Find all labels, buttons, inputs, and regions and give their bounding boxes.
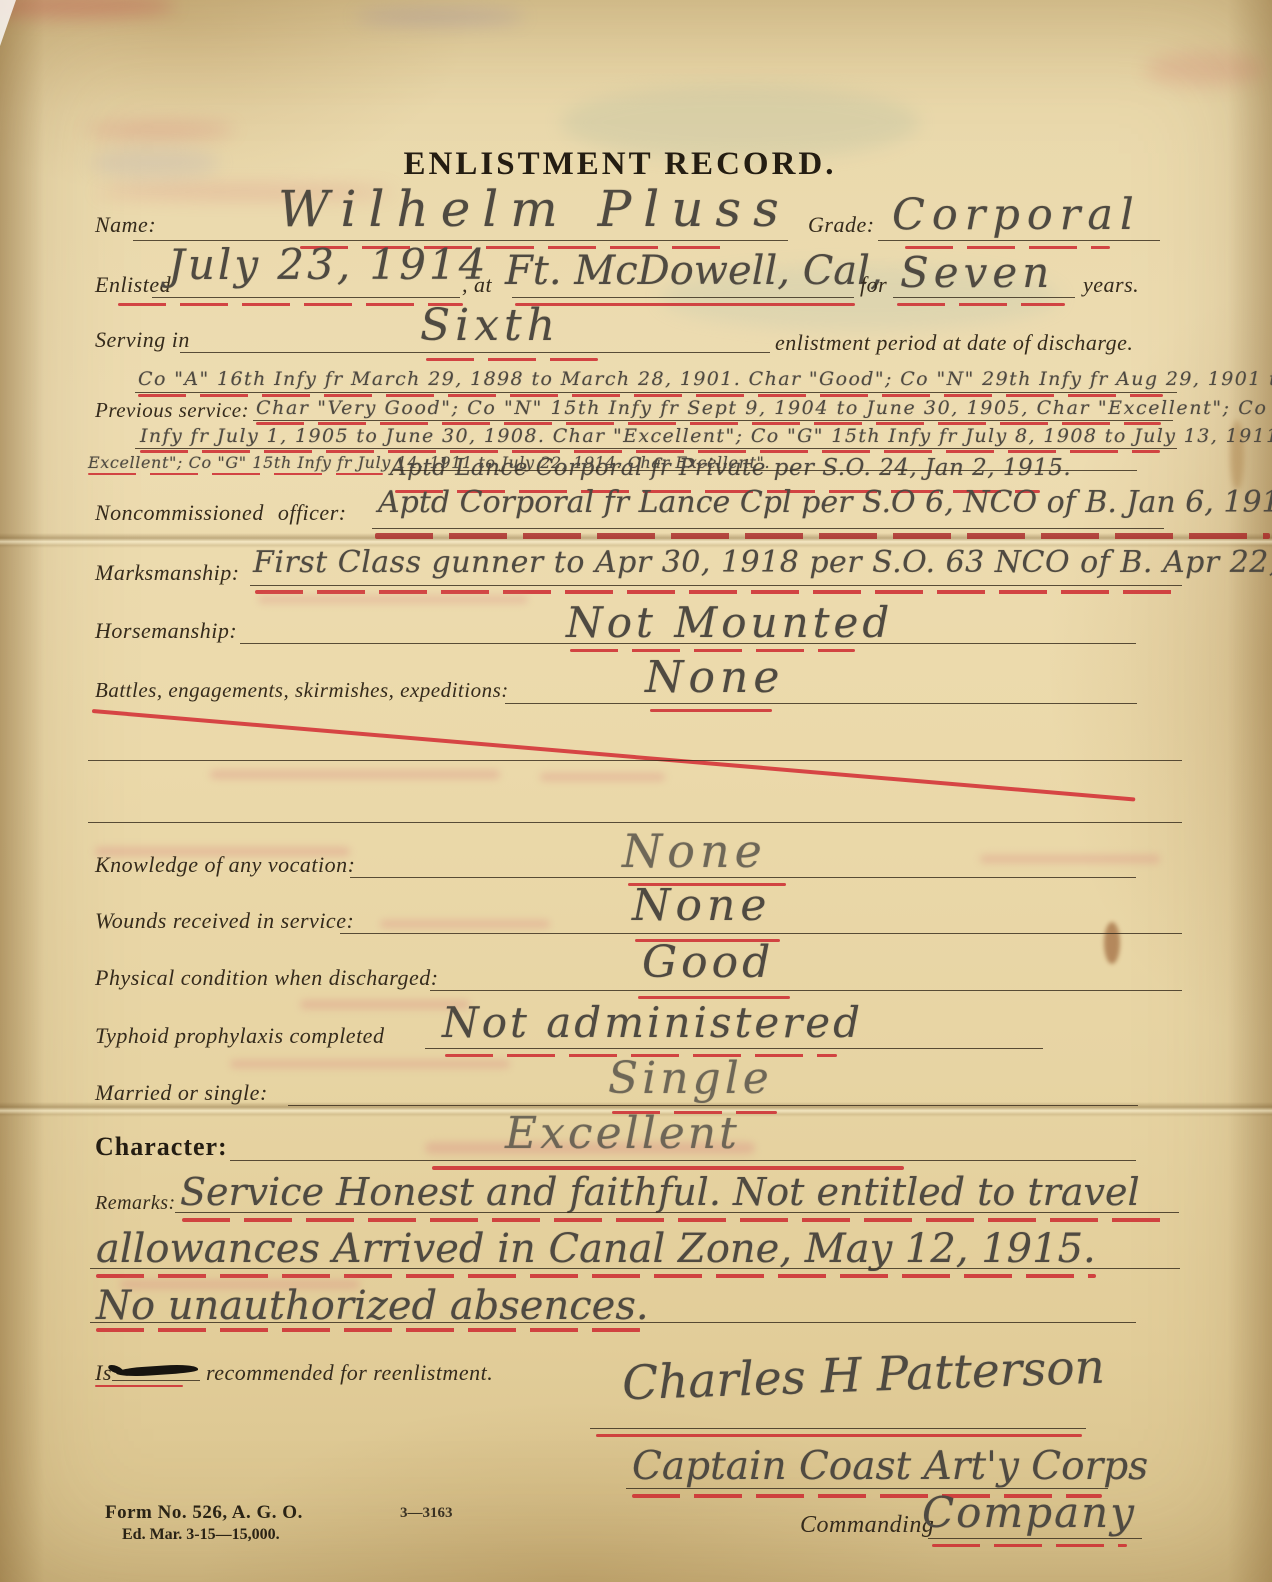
- pen-flourish-mark: [116, 1363, 198, 1378]
- typhoid-label: Typhoid prophylaxis completed: [95, 1023, 384, 1049]
- vocation-label: Knowledge of any vocation:: [95, 852, 355, 878]
- at-label: , at: [462, 272, 492, 298]
- nco-inserted-line: Aptd Lance Corporal fr Private per S.O. …: [390, 455, 1071, 481]
- ruled-line: [372, 528, 1164, 529]
- ruled-line: [152, 297, 460, 298]
- serving-label: Serving in: [95, 327, 190, 353]
- serving-value: Sixth: [420, 300, 560, 351]
- red-underline: [95, 1385, 183, 1387]
- previous-service-preline: Co "A" 16th Infy fr March 29, 1898 to Ma…: [138, 368, 1272, 390]
- typhoid-value: Not administered: [442, 998, 863, 1047]
- ruled-line: [250, 585, 1182, 586]
- commanding-value: Company: [922, 1488, 1136, 1537]
- red-underline: [375, 533, 1270, 539]
- ruled-line: [135, 448, 1177, 449]
- bleedthrough-mark: [1145, 52, 1265, 86]
- ruled-line: [878, 240, 1160, 241]
- battles-label: Battles, engagements, skirmishes, expedi…: [95, 678, 509, 703]
- serving-suffix: enlistment period at date of discharge.: [775, 330, 1133, 356]
- married-label: Married or single:: [95, 1080, 268, 1106]
- previous-service-line1: Char "Very Good"; Co "N" 15th Infy fr Se…: [256, 397, 1272, 419]
- marksmanship-value: First Class gunner to Apr 30, 1918 per S…: [253, 545, 1272, 580]
- red-underline: [515, 303, 855, 306]
- red-underline: [88, 473, 383, 475]
- name-label: Name:: [95, 212, 156, 238]
- remarks-line1: Service Honest and faithful. Not entitle…: [180, 1170, 1140, 1214]
- enlisted-label: Enlisted: [95, 272, 171, 298]
- ruled-line: [135, 392, 1177, 393]
- ruled-line: [253, 420, 1173, 421]
- bleedthrough-mark: [85, 122, 235, 138]
- red-underline: [932, 1544, 1127, 1547]
- ruled-line: [590, 1428, 1086, 1429]
- ruled-line: [90, 1322, 1136, 1323]
- pink-smudge: [258, 596, 528, 603]
- ruled-line: [340, 933, 1182, 934]
- years-label: years.: [1083, 272, 1139, 298]
- character-label: Character:: [95, 1132, 228, 1162]
- ruled-line: [505, 703, 1137, 704]
- wounds-label: Wounds received in service:: [95, 908, 354, 934]
- red-underline: [255, 590, 1180, 594]
- red-underline: [596, 1434, 1082, 1437]
- for-label: for: [860, 272, 887, 298]
- ruled-line: [180, 352, 770, 353]
- scan-edge: [0, 0, 16, 46]
- ruled-line: [88, 822, 1182, 823]
- red-underline: [96, 1328, 641, 1332]
- ruled-line: [90, 1268, 1180, 1269]
- ruled-line: [175, 1212, 1179, 1213]
- physical-label: Physical condition when discharged:: [95, 965, 439, 991]
- stain: [1104, 922, 1120, 964]
- signature-rank: Captain Coast Art'y Corps: [632, 1444, 1148, 1489]
- ruled-line: [928, 1538, 1142, 1539]
- ruled-line: [288, 1105, 1138, 1106]
- remarks-label: Remarks:: [95, 1192, 176, 1215]
- pink-smudge: [980, 855, 1160, 863]
- nco-value: Aptd Corporal fr Lance Cpl per S.O 6, NC…: [378, 485, 1272, 520]
- red-underline: [426, 358, 598, 361]
- ruled-line: [430, 990, 1182, 991]
- enlisted-date: July 23, 1914: [168, 240, 488, 289]
- pink-smudge: [540, 773, 665, 781]
- enlistment-record-document: ENLISTMENT RECORD. Name: Wilhelm Pluss G…: [0, 0, 1272, 1582]
- bleedthrough-mark: [0, 0, 175, 18]
- red-underline: [897, 303, 1065, 306]
- form-title: ENLISTMENT RECORD.: [0, 146, 1240, 183]
- horsemanship-value: Not Mounted: [566, 598, 893, 647]
- name-value: Wilhelm Pluss: [278, 180, 791, 238]
- grade-label: Grade:: [808, 212, 875, 238]
- wounds-value: None: [632, 880, 771, 931]
- red-underline: [118, 303, 463, 306]
- print-code: 3—3163: [400, 1505, 453, 1522]
- diagonal-strike: [92, 709, 1136, 802]
- red-underline: [650, 709, 772, 712]
- ruled-line: [392, 470, 1137, 471]
- previous-service-label: Previous service:: [95, 398, 249, 423]
- marksmanship-label: Marksmanship:: [95, 560, 240, 586]
- reenlistment-suffix: recommended for reenlistment.: [206, 1360, 493, 1386]
- red-underline: [96, 1274, 1096, 1278]
- pink-smudge: [230, 1060, 510, 1068]
- enlisted-place: Ft. McDowell, Cal,: [505, 248, 883, 294]
- battles-value: None: [645, 652, 784, 703]
- ruled-line: [425, 1048, 1043, 1049]
- married-value: Single: [608, 1053, 773, 1104]
- form-number: Form No. 526, A. G. O.: [105, 1502, 303, 1524]
- ruled-line: [893, 297, 1075, 298]
- ruled-line: [230, 1160, 1136, 1161]
- ruled-line: [112, 1380, 200, 1381]
- pink-smudge: [210, 770, 500, 779]
- character-value: Excellent: [505, 1108, 740, 1159]
- ruled-line: [88, 760, 1182, 761]
- ruled-line: [512, 297, 854, 298]
- nco-label: Noncommissioned officer:: [95, 500, 347, 526]
- physical-value: Good: [642, 937, 774, 988]
- enlisted-term: Seven: [900, 248, 1054, 297]
- grade-value: Corporal: [892, 190, 1141, 240]
- red-underline: [182, 1218, 1172, 1222]
- signature-name: Charles H Patterson: [621, 1340, 1105, 1412]
- pink-smudge: [380, 920, 550, 928]
- previous-service-line2: Infy fr July 1, 1905 to June 30, 1908. C…: [140, 425, 1272, 447]
- vocation-value: None: [622, 824, 767, 878]
- remarks-line2: allowances Arrived in Canal Zone, May 12…: [96, 1226, 1096, 1272]
- horsemanship-label: Horsemanship:: [95, 618, 237, 644]
- form-edition: Ed. Mar. 3-15—15,000.: [122, 1526, 280, 1544]
- bleedthrough-mark: [355, 8, 525, 26]
- commanding-label: Commanding: [800, 1512, 934, 1539]
